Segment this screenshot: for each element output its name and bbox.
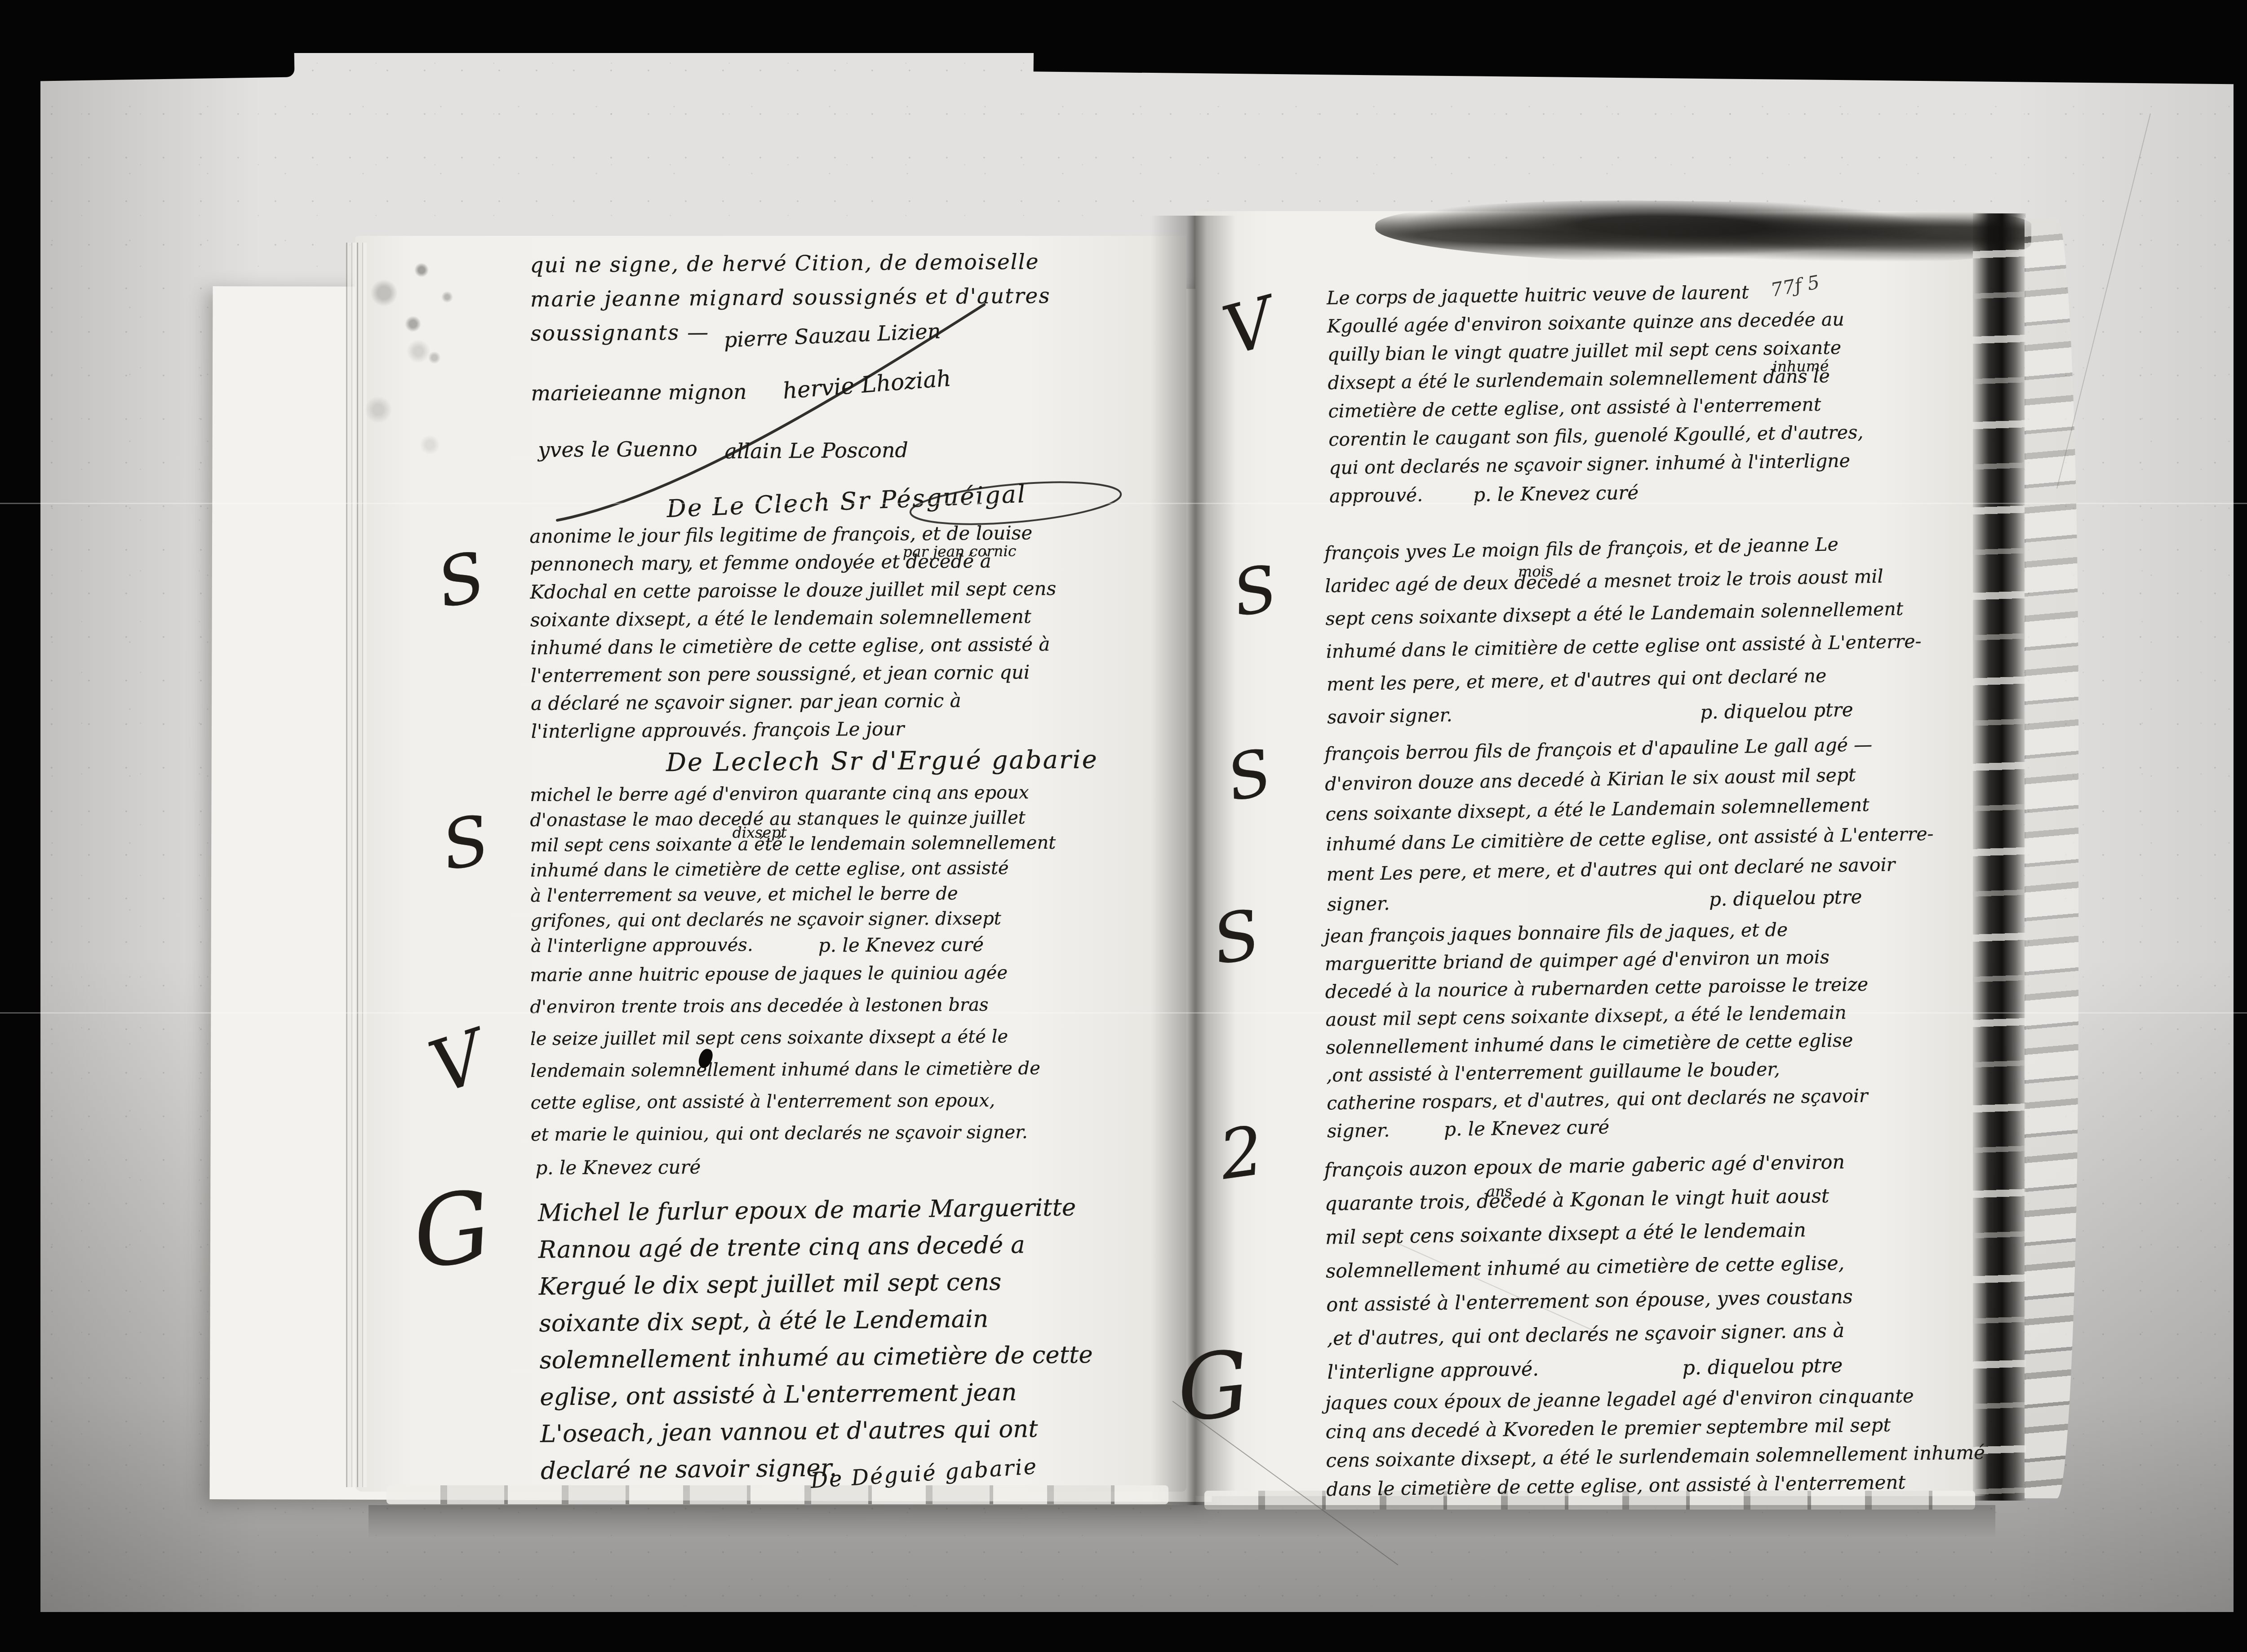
officiant-signature: p. le Knevez curé xyxy=(1444,1113,1610,1143)
scan-line-artifact xyxy=(0,503,2247,504)
officiant-signature: p. diquelou ptre xyxy=(1700,693,1854,729)
burial-record: anonime le jour fils legitime de françoi… xyxy=(529,518,1205,745)
interline-addition: ans xyxy=(1486,1174,1513,1208)
scan-line-artifact xyxy=(0,1012,2247,1014)
frame-top-left-notch xyxy=(38,49,295,81)
record-text: françois berrou fils de françois et d'ap… xyxy=(1324,727,2006,920)
microfilm-frame: qui ne signe, de hervé Cition, de demois… xyxy=(0,0,2247,1652)
record-text: françois yves Le moign fils de françois,… xyxy=(1324,525,2006,734)
signature-paraph-stroke xyxy=(530,246,1204,543)
torn-leaf-stubs xyxy=(2025,218,2078,1498)
margin-mark: G xyxy=(406,1169,498,1291)
interline-addition: dixsept xyxy=(732,820,786,846)
record-text: michel le berre agé d'environ quarante c… xyxy=(530,779,1205,959)
burial-record: jaques coux époux de jeanne legadel agé … xyxy=(1325,1381,2005,1504)
record-text: anonime le jour fils legitime de françoi… xyxy=(529,518,1205,745)
burial-record: Le corps de jaquette huitric veuve de la… xyxy=(1327,275,1995,511)
record-text: françois auzon epoux de marie gaberic ag… xyxy=(1324,1143,2006,1390)
burial-record: jean françois jaques bonnaire fils de ja… xyxy=(1324,912,2006,1145)
burial-record: marie anne huitric epouse de jaques le q… xyxy=(530,956,1205,1151)
burial-record: michel le berre agé d'environ quarante c… xyxy=(530,779,1205,959)
officiant-signature: De Leclech Sr d'Ergué gabarie xyxy=(666,746,1098,777)
record-text: jean françois jaques bonnaire fils de ja… xyxy=(1324,912,2006,1145)
officiant-signature: p. diquelou ptre xyxy=(1682,1349,1843,1385)
interline-addition: inhumé xyxy=(1772,352,1829,381)
burial-record: françois auzon epoux de marie gaberic ag… xyxy=(1324,1143,2006,1390)
officiant-signature: p. le Knevez curé xyxy=(535,1151,701,1184)
record-text: Michel le furlur epoux de marie Margueri… xyxy=(538,1188,1206,1489)
officiant-signature: p. le Knevez curé xyxy=(818,932,984,958)
officiant-signature: p. diquelou ptre xyxy=(1709,881,1862,914)
record-text: jaques coux époux de jeanne legadel agé … xyxy=(1325,1381,2005,1504)
record-text: Le corps de jaquette huitric veuve de la… xyxy=(1327,275,1995,511)
interline-addition: mois xyxy=(1518,554,1554,588)
burial-record: Michel le furlur epoux de marie Margueri… xyxy=(538,1188,1206,1489)
burial-record: françois berrou fils de françois et d'ap… xyxy=(1324,727,2006,920)
book-drop-shadow xyxy=(369,1505,1995,1538)
burial-record: françois yves Le moign fils de françois,… xyxy=(1324,525,2006,734)
officiant-signature: p. le Knevez curé xyxy=(1473,478,1639,509)
record-text: marie anne huitric epouse de jaques le q… xyxy=(530,956,1205,1151)
stain xyxy=(387,250,473,385)
margin-mark: G xyxy=(1172,1331,1254,1442)
bottom-page-stubs-left xyxy=(386,1485,1168,1504)
